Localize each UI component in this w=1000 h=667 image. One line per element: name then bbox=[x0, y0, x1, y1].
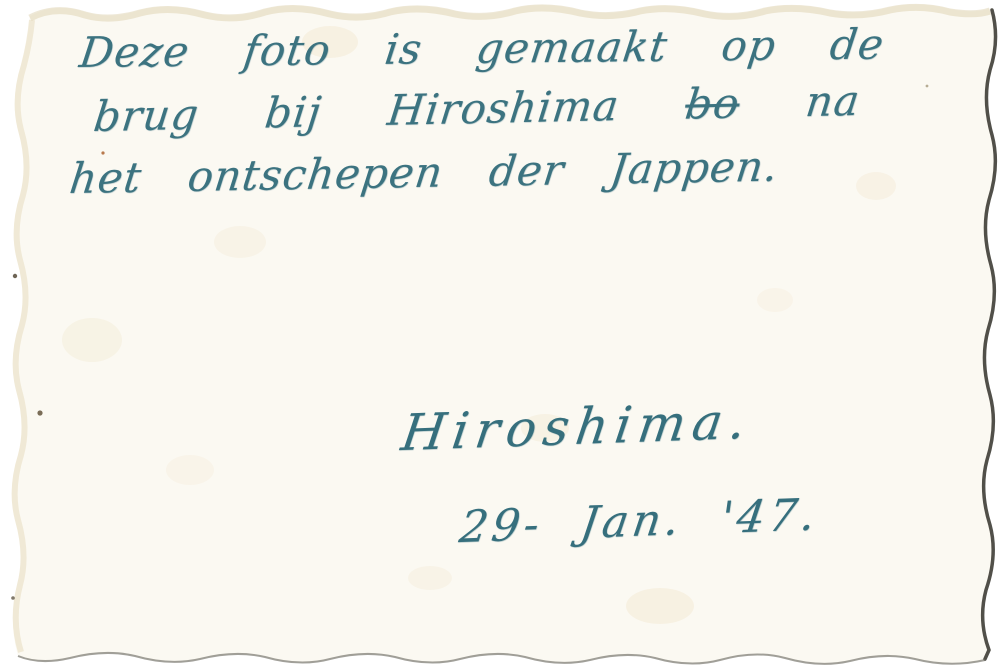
line2-struck-word: bo bbox=[683, 78, 743, 128]
handwritten-line-1: Deze foto is gemaakt op de bbox=[77, 20, 887, 77]
line2-text-after: na bbox=[803, 76, 863, 126]
scanned-photo-verso: { "note": { "line1": "Deze foto is gemaa… bbox=[0, 0, 1000, 667]
